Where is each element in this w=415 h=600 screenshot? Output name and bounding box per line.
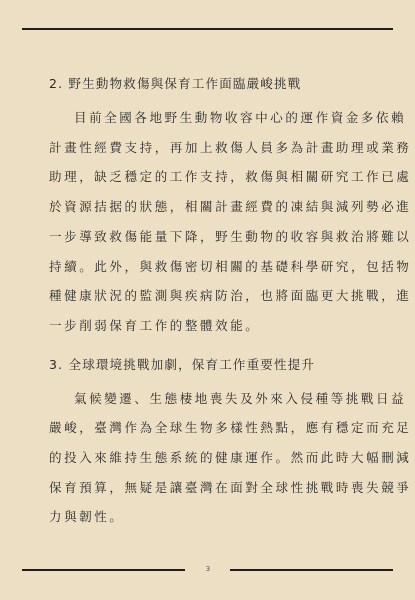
paragraph-line: 計畫性經費支持，再加上救傷人員多為計畫助理或業務 — [49, 133, 367, 163]
section-paragraph: 氣候變遷、生態棲地喪失及外來入侵種等挑戰日益 嚴峻，臺灣作為全球生物多樣性熱點，… — [49, 384, 367, 533]
footer-rule-right — [230, 569, 393, 571]
paragraph-line: 助理，缺乏穩定的工作支持，救傷與相關研究工作已處 — [49, 162, 367, 192]
paragraph-line: 力與韌性。 — [49, 502, 367, 532]
paragraph-line: 嚴峻，臺灣作為全球生物多樣性熱點，應有穩定而充足 — [49, 413, 367, 443]
section-2: 2. 野生動物救傷與保育工作面臨嚴峻挑戰 目前全國各地野生動物收容中心的運作資金… — [49, 74, 367, 341]
section-heading: 3. 全球環境挑戰加劇，保育工作重要性提升 — [49, 355, 367, 375]
paragraph-line: 保育預算，無疑是讓臺灣在面對全球性挑戰時喪失競爭 — [49, 473, 367, 503]
paragraph-line: 持續。此外，與救傷密切相關的基礎科學研究，包括物 — [49, 252, 367, 282]
section-spacer — [49, 341, 367, 355]
section-paragraph: 目前全國各地野生動物收容中心的運作資金多依賴 計畫性經費支持，再加上救傷人員多為… — [49, 103, 367, 341]
paragraph-line: 種健康狀況的監測與疾病防治，也將面臨更大挑戰，進 — [49, 281, 367, 311]
paragraph-line: 的投入來維持生態系統的健康運作。然而此時大幅刪減 — [49, 443, 367, 473]
section-3: 3. 全球環境挑戰加劇，保育工作重要性提升 氣候變遷、生態棲地喪失及外來入侵種等… — [49, 355, 367, 533]
paragraph-line: 一步削弱保育工作的整體效能。 — [49, 311, 367, 341]
footer-rule-left — [22, 569, 185, 571]
page-number: 3 — [200, 563, 216, 575]
section-heading: 2. 野生動物救傷與保育工作面臨嚴峻挑戰 — [49, 74, 367, 94]
paragraph-line: 氣候變遷、生態棲地喪失及外來入侵種等挑戰日益 — [49, 384, 367, 414]
paragraph-line: 一步導致救傷能量下降，野生動物的收容與救治將難以 — [49, 222, 367, 252]
paragraph-line: 於資源拮据的狀態，相關計畫經費的凍結與減列勢必進 — [49, 192, 367, 222]
paragraph-line: 目前全國各地野生動物收容中心的運作資金多依賴 — [49, 103, 367, 133]
header-rule — [22, 28, 393, 30]
document-body: 2. 野生動物救傷與保育工作面臨嚴峻挑戰 目前全國各地野生動物收容中心的運作資金… — [49, 74, 367, 532]
